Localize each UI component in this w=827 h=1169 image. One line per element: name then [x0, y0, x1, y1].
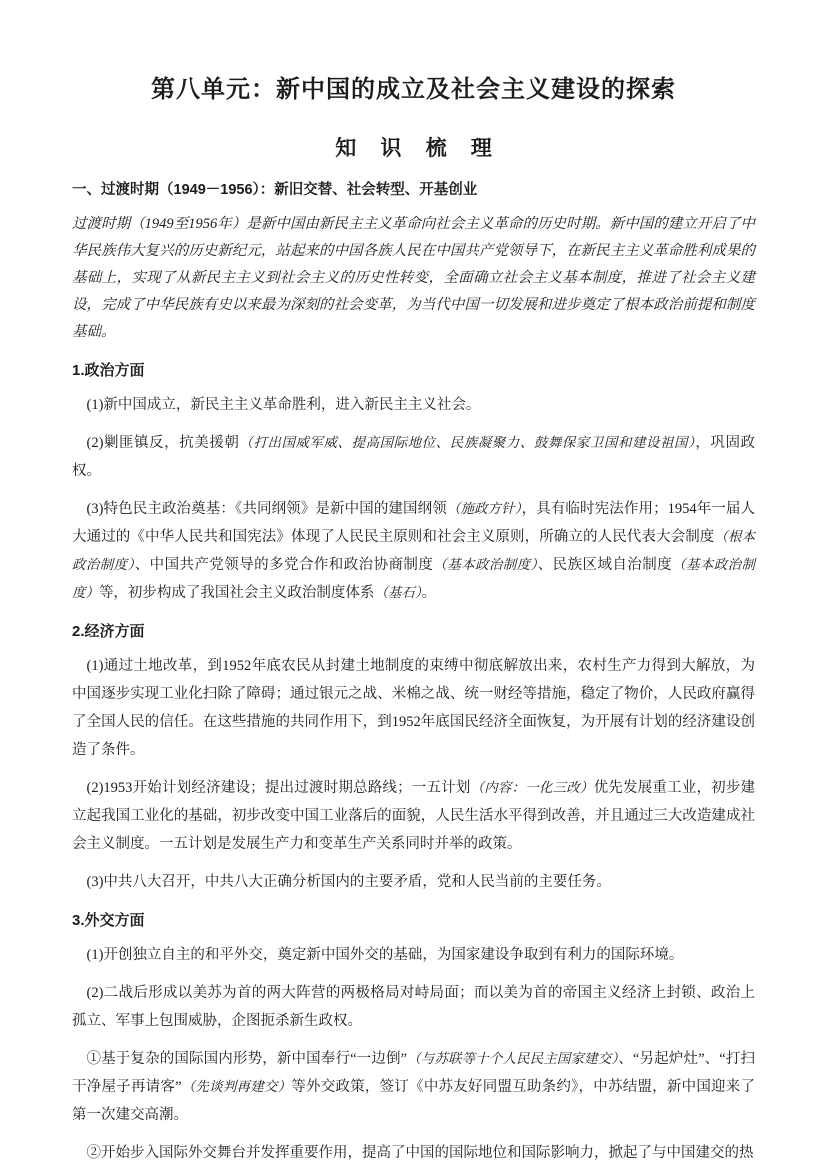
diplomacy-point-2: (2)二战后形成以美苏为首的两大阵营的两极格局对峙局面；而以美为首的帝国主义经济…	[72, 979, 755, 1035]
politics-point-2: (2)剿匪镇反，抗美援朝（打出国威军威、提高国际地位、民族凝聚力、鼓舞保家卫国和…	[72, 429, 755, 485]
document-page: 第八单元：新中国的成立及社会主义建设的探索 知 识 梳 理 一、过渡时期（194…	[0, 0, 827, 1169]
knowledge-review-heading: 知 识 梳 理	[72, 134, 755, 162]
politics-point-1: (1)新中国成立，新民主主义革命胜利，进入新民主主义社会。	[72, 391, 755, 419]
text-run: 、中国共产党领导的多党合作和政治协商制度	[135, 557, 434, 573]
diplomacy-point-1: (1)开创独立自主的和平外交，奠定新中国外交的基础，为国家建设争取到有利力的国际…	[72, 941, 755, 969]
text-run: 。	[422, 585, 437, 601]
text-run: (2)剿匪镇反，抗美援朝	[87, 435, 240, 451]
economy-point-1: (1)通过土地改革，到1952年底农民从封建土地制度的束缚中彻底解放出来，农村生…	[72, 652, 755, 764]
diplomacy-subpoint-1: ①基于复杂的国际国内形势，新中国奉行“一边倒”（与苏联等十个人民民主国家建交）、…	[72, 1045, 755, 1129]
economy-point-3: (3)中共八大召开，中共八大正确分析国内的主要矛盾，党和人民当前的主要任务。	[72, 868, 755, 896]
transition-period-intro-paragraph: 过渡时期（1949至1956年）是新中国由新民主主义革命向社会主义革命的历史时期…	[72, 211, 755, 346]
text-run: 等，初步构成了我国社会主义政治制度体系	[99, 585, 375, 601]
text-run: (3)特色民主政治奠基：《共同纲领》是新中国的建国纲领	[87, 501, 447, 517]
annotation-run: （打出国威军威、提高国际地位、民族凝聚力、鼓舞保家卫国和建设祖国）	[239, 435, 695, 450]
text-run: (2)1953开始计划经济建设；提出过渡时期总路线；一五计划	[87, 780, 471, 796]
economy-point-2: (2)1953开始计划经济建设；提出过渡时期总路线；一五计划（内容：一化三改）优…	[72, 774, 755, 858]
text-run: 、民族区域自治制度	[538, 557, 672, 573]
annotation-run: （基本政治制度）	[433, 557, 537, 572]
subsection-heading-diplomacy: 3.外交方面	[72, 910, 755, 931]
subsection-heading-politics: 1.政治方面	[72, 360, 755, 381]
text-run: ①基于复杂的国际国内形势，新中国奉行“一边倒”	[87, 1051, 408, 1067]
annotation-run: （先谈判再建交）	[182, 1079, 292, 1094]
annotation-run: （与苏联等十个人民民主国家建交）	[407, 1051, 618, 1066]
annotation-run: （基石）	[374, 585, 421, 600]
annotation-run: （施政方针）	[447, 501, 522, 516]
document-title: 第八单元：新中国的成立及社会主义建设的探索	[72, 74, 755, 106]
section-heading-transition-period: 一、过渡时期（1949－1956）：新旧交替、社会转型、开基创业	[72, 180, 755, 201]
politics-point-3: (3)特色民主政治奠基：《共同纲领》是新中国的建国纲领（施政方针），具有临时宪法…	[72, 495, 755, 607]
subsection-heading-economy: 2.经济方面	[72, 621, 755, 642]
annotation-run: （内容：一化三改）	[471, 780, 594, 795]
diplomacy-subpoint-2: ②开始步入国际外交舞台并发挥重要作用，提高了中国的国际地位和国际影响力，掀起了与…	[72, 1139, 755, 1167]
